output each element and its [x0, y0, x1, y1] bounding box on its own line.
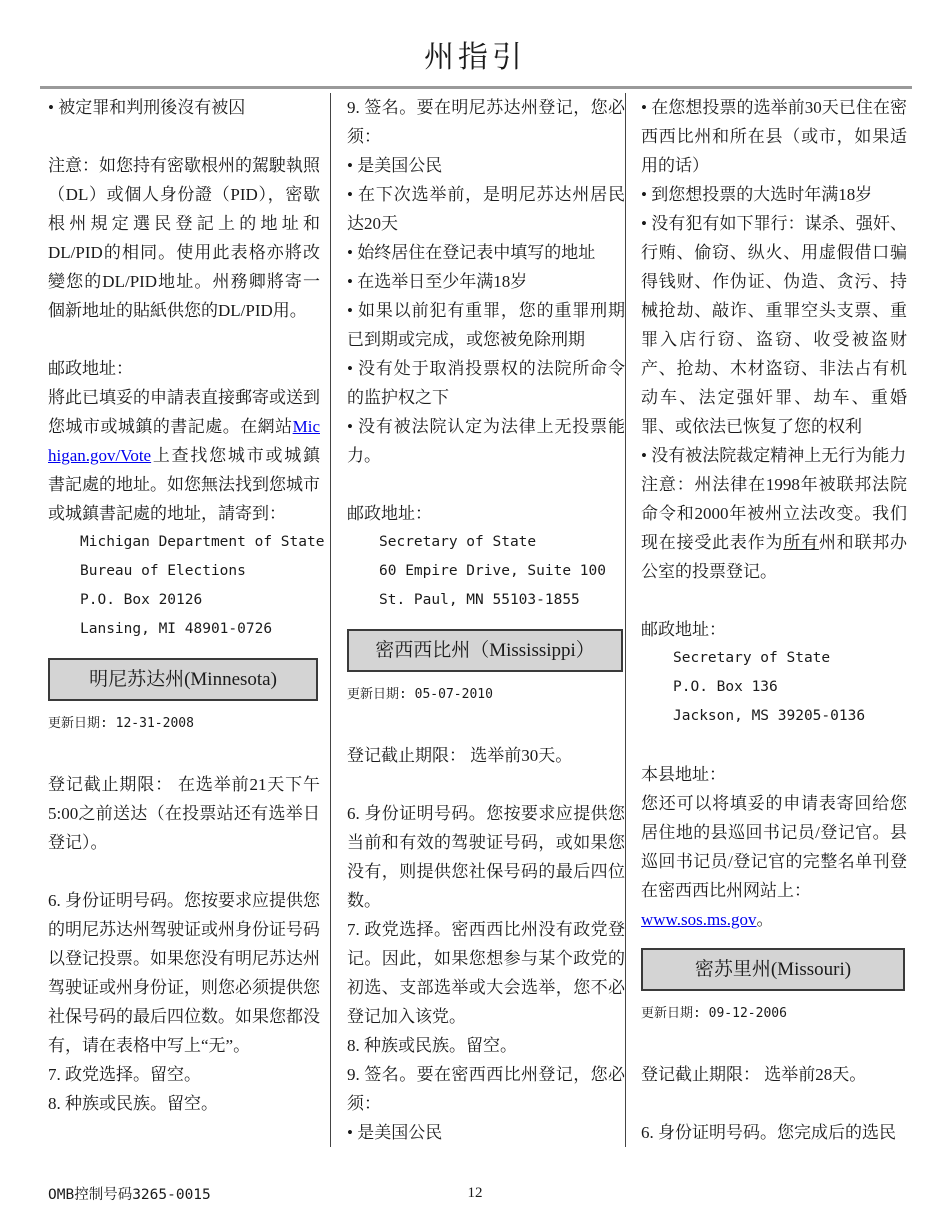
address-line: Jackson, MS 39205-0136	[673, 702, 907, 731]
address-line: Secretary of State	[379, 528, 625, 557]
paragraph: 邮政地址：	[48, 354, 320, 383]
blank-line	[641, 731, 907, 760]
paragraph: 注意：如您持有密歇根州的駕駛執照（DL）或個人身份證（PID），密歇根州規定選民…	[48, 151, 320, 325]
bullet-item: • 没有处于取消投票权的法院所命令的监护权之下	[347, 354, 625, 412]
bullet-item: • 是美国公民	[347, 1118, 625, 1147]
address-line: Secretary of State	[673, 644, 907, 673]
state-section-header: 明尼苏达州(Minnesota)	[48, 658, 318, 701]
paragraph: 8. 种族或民族。留空。	[347, 1031, 625, 1060]
paragraph: 6. 身份证明号码。您按要求应提供您当前和有效的驾驶证号码，或如果您没有，则提供…	[347, 799, 625, 915]
paragraph: 登记截止期限： 在选举前21天下午5:00之前送达（在投票站还有选举日登记）。	[48, 770, 320, 857]
column-2: 9. 签名。要在明尼苏达州登记，您必须：• 是美国公民• 在下次选举前，是明尼苏…	[330, 93, 625, 1147]
bullet-item: • 被定罪和判刑後沒有被囚	[48, 93, 320, 122]
blank-line	[48, 857, 320, 886]
text-run: 將此已填妥的申請表直接郵寄或送到您城市或城鎮的書記處。在網站	[48, 388, 320, 436]
bullet-item: • 没有被法院认定为法律上无投票能力。	[347, 412, 625, 470]
paragraph: 9. 签名。要在明尼苏达州登记，您必须：	[347, 93, 625, 151]
bullet-item: • 在您想投票的选举前30天已住在密西西比州和所在县（或市，如果适用的话）	[641, 93, 907, 180]
updated-date: 更新日期: 09-12-2006	[641, 1003, 907, 1025]
bullet-item: • 到您想投票的大选时年满18岁	[641, 180, 907, 209]
document-body: • 被定罪和判刑後沒有被囚注意：如您持有密歇根州的駕駛執照（DL）或個人身份證（…	[48, 89, 914, 1147]
paragraph: 6. 身份证明号码。您完成后的选民	[641, 1118, 907, 1147]
address-line: P.O. Box 20126	[80, 586, 320, 615]
paragraph: 登记截止期限： 选举前28天。	[641, 1060, 907, 1089]
paragraph: 將此已填妥的申請表直接郵寄或送到您城市或城鎮的書記處。在網站Michigan.g…	[48, 383, 320, 528]
address-line: Michigan Department of State	[80, 528, 320, 557]
paragraph: 6. 身份证明号码。您按要求应提供您的明尼苏达州驾驶证或州身份证号码以登记投票。…	[48, 886, 320, 1060]
state-section-header: 密苏里州(Missouri)	[641, 948, 905, 991]
blank-line	[347, 712, 625, 741]
hyperlink[interactable]: www.sos.ms.gov	[641, 910, 757, 929]
paragraph: 本县地址：	[641, 760, 907, 789]
text-run: 。	[757, 910, 774, 929]
blank-line	[48, 325, 320, 354]
paragraph: 7. 政党选择。留空。	[48, 1060, 320, 1089]
address-line: St. Paul, MN 55103-1855	[379, 586, 625, 615]
paragraph: 注意：州法律在1998年被联邦法院命令和2000年被州立法改变。我们现在接受此表…	[641, 470, 907, 586]
paragraph: 邮政地址：	[347, 499, 625, 528]
address-line: 60 Empire Drive, Suite 100	[379, 557, 625, 586]
address-line: P.O. Box 136	[673, 673, 907, 702]
column-1: • 被定罪和判刑後沒有被囚注意：如您持有密歇根州的駕駛執照（DL）或個人身份證（…	[48, 93, 330, 1147]
bullet-item: • 如果以前犯有重罪，您的重罪刑期已到期或完成，或您被免除刑期	[347, 296, 625, 354]
blank-line	[48, 122, 320, 151]
address-block: Michigan Department of StateBureau of El…	[48, 528, 320, 644]
blank-line	[347, 770, 625, 799]
page-number: 12	[0, 1185, 950, 1202]
paragraph: 7. 政党选择。密西西比州没有政党登记。因此，如果您想参与某个政党的初选、支部选…	[347, 915, 625, 1031]
blank-line	[641, 586, 907, 615]
underlined-text: 所有	[783, 533, 819, 552]
bullet-item: • 在下次选举前，是明尼苏达州居民达20天	[347, 180, 625, 238]
paragraph: 8. 种族或民族。留空。	[48, 1089, 320, 1118]
address-block: Secretary of State60 Empire Drive, Suite…	[347, 528, 625, 615]
paragraph: www.sos.ms.gov。	[641, 905, 907, 934]
blank-line	[48, 741, 320, 770]
paragraph: 邮政地址：	[641, 615, 907, 644]
page-footer: OMB控制号码3265-0015 12	[0, 1180, 950, 1204]
address-line: Bureau of Elections	[80, 557, 320, 586]
address-block: Secretary of StateP.O. Box 136Jackson, M…	[641, 644, 907, 731]
bullet-item: • 没有犯有如下罪行：谋杀、强奸、行贿、偷窃、纵火、用虚假借口骗得钱财、作伪证、…	[641, 209, 907, 441]
bullet-item: • 没有被法院裁定精神上无行为能力	[641, 441, 907, 470]
paragraph: 9. 签名。要在密西西比州登记，您必须：	[347, 1060, 625, 1118]
paragraph: 登记截止期限： 选举前30天。	[347, 741, 625, 770]
bullet-item: • 是美国公民	[347, 151, 625, 180]
blank-line	[641, 1089, 907, 1118]
updated-date: 更新日期: 05-07-2010	[347, 684, 625, 706]
address-line: Lansing, MI 48901-0726	[80, 615, 320, 644]
paragraph: 您还可以将填妥的申请表寄回给您居住地的县巡回书记员/登记官。县巡回书记员/登记官…	[641, 789, 907, 905]
blank-line	[347, 470, 625, 499]
updated-date: 更新日期: 12-31-2008	[48, 713, 320, 735]
state-section-header: 密西西比州（Mississippi）	[347, 629, 623, 672]
bullet-item: • 在选举日至少年满18岁	[347, 267, 625, 296]
page-title: 州指引	[0, 0, 950, 76]
blank-line	[641, 1031, 907, 1060]
bullet-item: • 始终居住在登记表中填写的地址	[347, 238, 625, 267]
column-3: • 在您想投票的选举前30天已住在密西西比州和所在县（或市，如果适用的话）• 到…	[625, 93, 907, 1147]
